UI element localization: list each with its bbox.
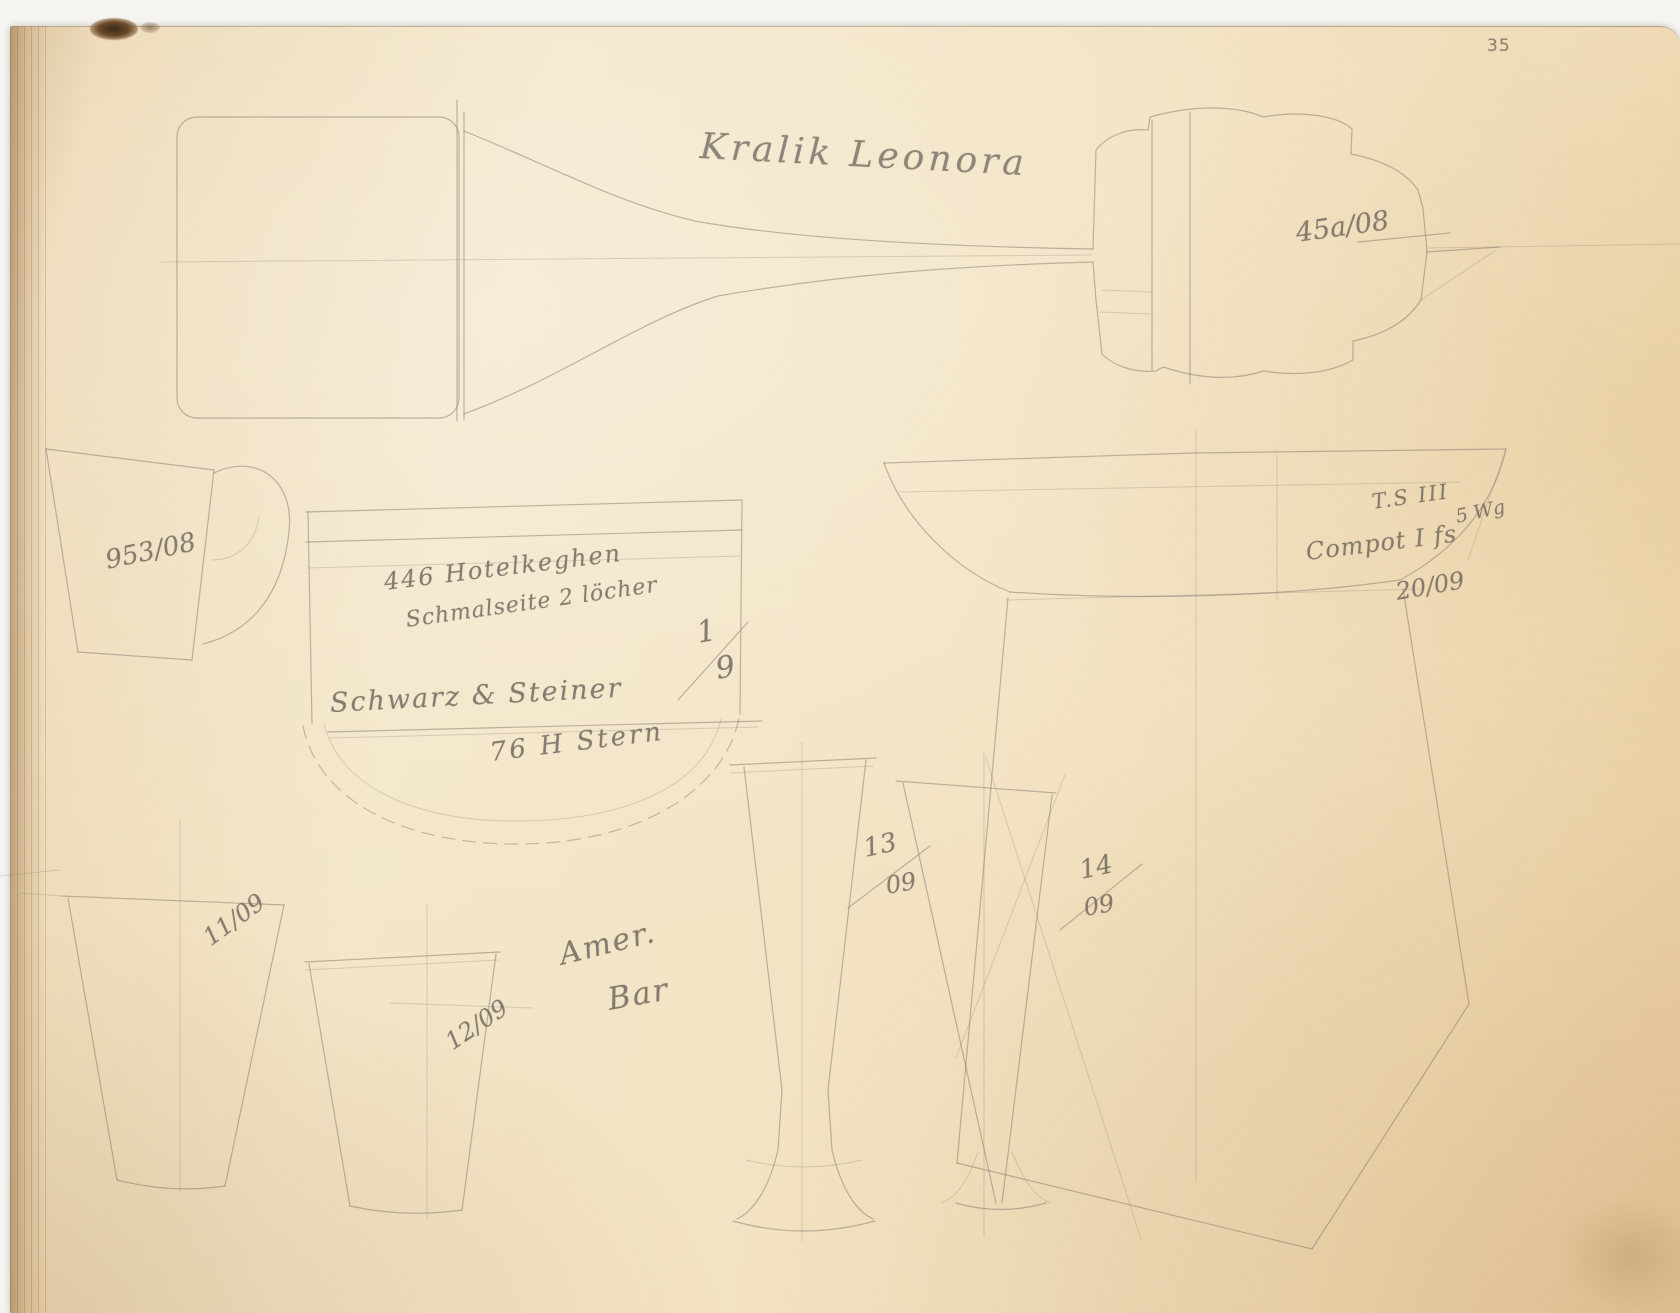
label-strokes (678, 233, 1450, 930)
label-flute2-denominator: 09 (1082, 889, 1117, 922)
label-flute1-denominator: 09 (884, 867, 919, 900)
page-number: 35 (1487, 36, 1511, 56)
flute1-sketch (730, 742, 876, 1241)
tumbler2-sketch (305, 905, 533, 1218)
tumbler1-sketch (0, 820, 284, 1192)
pencil-drawings (0, 0, 1680, 1313)
scanned-sketchbook-page: Kralik Leonora 35 45a/08 953/08 446 Hote… (0, 0, 1680, 1313)
flute2-sketch (896, 753, 1056, 1236)
